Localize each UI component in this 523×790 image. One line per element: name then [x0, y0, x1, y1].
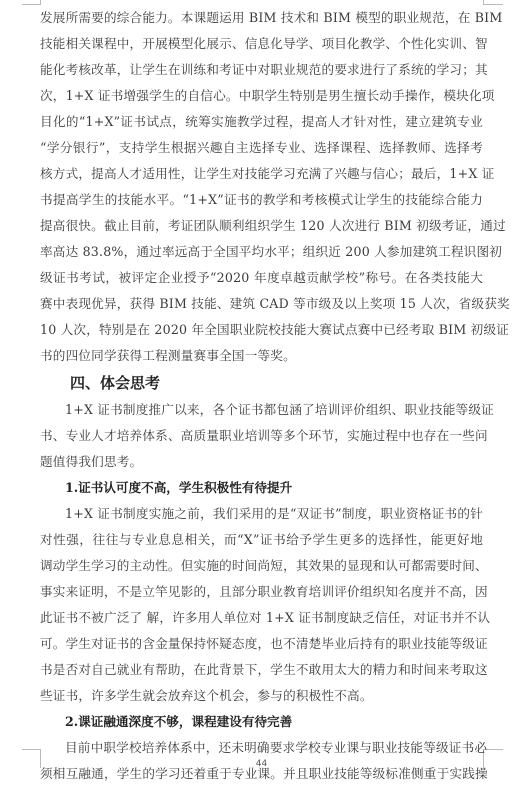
text-line: 调动学生学习的主动性。但实施的时间尚短，其效果的显现和认可都需要时间、 [40, 553, 483, 579]
text-line: 级证书考试，被评定企业授予“2020 年度卓越贡献学校”称号。在各类技能大 [40, 265, 483, 291]
text-line: 能化考核改革，让学生在训练和考证中对职业规范的要求进行了系统的学习；其 [40, 57, 483, 83]
text-line: 目化的“1+X”证书试点，统筹实施教学过程，提高人才针对性，建立建筑专业 [40, 109, 483, 135]
text-line: 10 人次，特别是在 2020 年全国职业院校技能大赛试点赛中已经考取 BIM … [40, 317, 483, 343]
text-line: 技能相关课程中，开展模型化展示、信息化导学、项目化教学、个性化实训、智 [40, 31, 483, 57]
text-line: 书是否对自己就业有帮助，在此背景下，学生不敢用太大的精力和时间来考取这 [40, 657, 483, 683]
section-heading: 四、体会思考 [40, 369, 483, 397]
text-line: 1+X 证书制度实施之前，我们采用的是“双证书”制度，职业资格证书的针 [40, 501, 483, 527]
page-number: 44 [0, 759, 523, 769]
text-line: 提高很快。截止目前，考证团队顺利组织学生 120 人次进行 BIM 初级考证，通… [40, 213, 483, 239]
text-line: 目前中职学校培养体系中，还未明确要求学校专业课与职业技能等级证书必 [40, 735, 483, 761]
paragraph-certificate-recognition: 1+X 证书制度实施之前，我们采用的是“双证书”制度，职业资格证书的针 对性强，… [40, 501, 483, 709]
text-line: 书提高学生的技能水平。“1+X”证书的教学和考核模式让学生的技能综合能力 [40, 187, 483, 213]
text-line: 事实来证明，不是立竿见影的，且部分职业教育培训评价组织知名度并不高，因 [40, 579, 483, 605]
paragraph-reflection-intro: 1+X 证书制度推广以来，各个证书都包涵了培训评价组织、职业技能等级证 书、专业… [40, 397, 483, 475]
text-line: 率高达 83.8%，通过率远高于全国平均水平；组织近 200 人参加建筑工程识图… [40, 239, 483, 265]
text-line: 书、专业人才培养体系、高质量职业培训等多个环节，实施过程中也存在一些问 [40, 423, 483, 449]
text-line: 次，1+X 证书增强学生的自信心。中职学生特别是男生擅长动手操作，模块化项 [40, 83, 483, 109]
text-line: 赛中表现优异，获得 BIM 技能、建筑 CAD 等市级及以上奖项 15 人次，省… [40, 291, 483, 317]
crop-mark-top-left [22, 0, 41, 5]
subheading-certificate-recognition: 1.证书认可度不高，学生积极性有待提升 [40, 475, 483, 501]
text-line: 发展所需要的综合能力。本课题运用 BIM 技术和 BIM 模型的职业规范，在 B… [40, 5, 483, 31]
text-line: 1+X 证书制度推广以来，各个证书都包涵了培训评价组织、职业技能等级证 [40, 397, 483, 423]
paragraph-achievements: 发展所需要的综合能力。本课题运用 BIM 技术和 BIM 模型的职业规范，在 B… [40, 5, 483, 369]
text-line: 对性强，往往与专业息息相关，而“X”证书给予学生更多的选择性，能更好地 [40, 527, 483, 553]
text-line: 核方式，提高人才适用性，让学生对技能学习充满了兴趣与信心；最后，1+X 证 [40, 161, 483, 187]
text-line: 可。学生对证书的含金量保持怀疑态度，也不清楚毕业后持有的职业技能等级证 [40, 631, 483, 657]
text-line: 此证书不被广泛了 解，许多用人单位对 1+X 证书制度缺乏信任，对证书并不认 [40, 605, 483, 631]
text-line: 题值得我们思考。 [40, 449, 483, 475]
subheading-course-integration: 2.课证融通深度不够，课程建设有待完善 [40, 709, 483, 735]
document-page: 发展所需要的综合能力。本课题运用 BIM 技术和 BIM 模型的职业规范，在 B… [40, 5, 483, 787]
text-line: “学分银行”，支持学生根据兴趣自主选择专业、选择课程、选择教师、选择考 [40, 135, 483, 161]
text-line: 些证书，许多学生就会放弃这个机会，参与的积极性不高。 [40, 683, 483, 709]
text-line: 书的四位同学获得工程测量赛事全国一等奖。 [40, 343, 483, 369]
crop-mark-top-right [483, 0, 503, 5]
